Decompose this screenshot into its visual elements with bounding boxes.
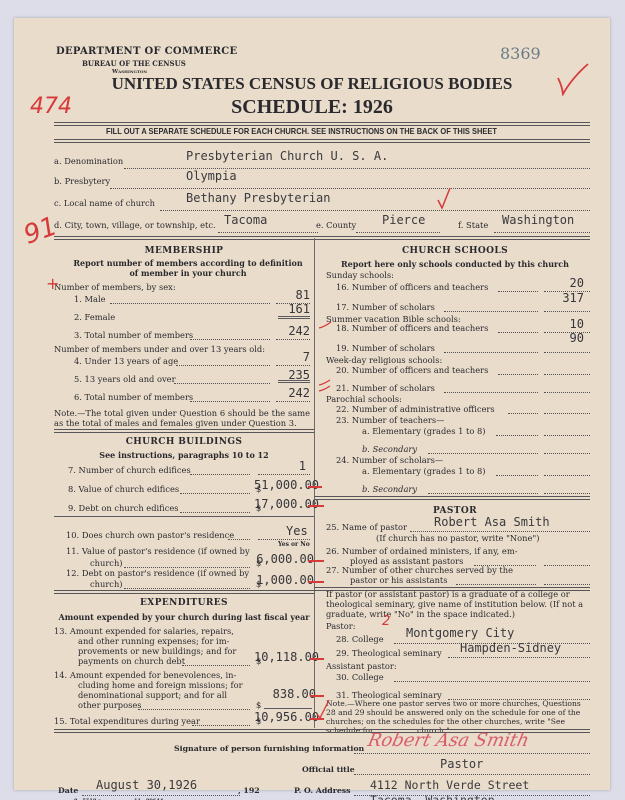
red-tick-icon	[318, 320, 332, 330]
members-by-sex-label: Number of members, by sex:	[54, 282, 176, 292]
owns-residence-label: 10. Does church own pastor's residence	[66, 530, 234, 540]
county-label: e. County	[316, 220, 356, 230]
residence-debt-label: 12. Debt on pastor's residence (if owned…	[66, 568, 249, 578]
date-field[interactable]: August 30,1926	[96, 778, 197, 792]
female-label: 2. Female	[74, 312, 115, 322]
benevolences-label-1: 14. Amount expended for benevolences, in…	[54, 670, 236, 680]
address-label: P. O. Address	[294, 786, 351, 795]
salaries-label-1: 13. Amount expended for salaries, repair…	[54, 626, 234, 636]
expenditures-heading: EXPENDITURES	[54, 598, 314, 608]
handwritten-pastor-mark: 2	[382, 614, 390, 629]
q21-label: 21. Number of scholars	[336, 383, 435, 393]
under-13-label: 4. Under 13 years of age	[74, 356, 178, 366]
benevolences-label-2: cluding home and foreign missions; for	[78, 680, 243, 690]
currency-sign: $	[256, 700, 261, 710]
q18-value[interactable]: 10	[534, 317, 584, 331]
male-count[interactable]: 81	[254, 288, 310, 302]
total-members-count[interactable]: 242	[254, 324, 310, 338]
membership-subtitle: Report number of members according to de…	[70, 258, 306, 278]
address-line-2[interactable]: Tacoma, Washington	[370, 793, 495, 800]
q18-label: 18. Number of officers and teachers	[336, 323, 488, 333]
q17-value[interactable]: 317	[534, 291, 584, 305]
salaries-amount[interactable]: 10,118.00	[254, 650, 316, 664]
weekday-schools-label: Week-day religious schools:	[326, 355, 442, 365]
q16-value[interactable]: 20	[534, 276, 584, 290]
under-13-count[interactable]: 7	[254, 350, 310, 364]
benevolences-label-3: denominational support; and for all	[78, 690, 227, 700]
total-members-age-count[interactable]: 242	[254, 386, 310, 400]
seminary-field[interactable]: Hampden-Sidney	[460, 641, 561, 655]
expenditures-subtitle: Amount expended by your church during la…	[54, 612, 314, 622]
membership-note: Note.—The total given under Question 6 s…	[54, 408, 310, 428]
official-title-label: Official title	[302, 765, 355, 774]
residence-debt[interactable]: 1,000.00	[254, 573, 314, 587]
yes-no-hint: Yes or No	[278, 541, 310, 548]
total-members-label: 3. Total number of members	[74, 330, 193, 340]
pastor-name-field[interactable]: Robert Asa Smith	[434, 515, 550, 529]
q23a-label: a. Elementary (grades 1 to 8)	[362, 426, 486, 436]
presbytery-field[interactable]: Olympia	[186, 169, 237, 183]
q24b-label: b. Secondary	[362, 484, 417, 494]
date-suffix: , 192	[238, 786, 260, 795]
q16-label: 16. Number of officers and teachers	[336, 282, 488, 292]
form-subtitle: SCHEDULE: 1926	[14, 96, 610, 119]
red-tick-icon	[318, 379, 332, 393]
department-label: DEPARTMENT OF COMMERCE	[56, 46, 237, 57]
county-field[interactable]: Pierce	[382, 213, 425, 227]
q19-label: 19. Number of scholars	[336, 343, 435, 353]
q27-label-2: pastor or his assistants	[350, 575, 448, 585]
assistant-pastor-label: Assistant pastor:	[326, 661, 397, 671]
address-line-1[interactable]: 4112 North Verde Street	[370, 778, 529, 792]
edifices-debt[interactable]: 17,000.00	[254, 497, 314, 511]
presbytery-label: b. Presbytery	[54, 176, 110, 186]
edifices-value[interactable]: 51,000.00	[254, 478, 314, 492]
edifices-debt-label: 9. Debt on church edifices	[68, 503, 179, 513]
local-name-field[interactable]: Bethany Presbyterian	[186, 191, 331, 205]
signature-label: Signature of person furnishing informati…	[174, 744, 364, 753]
edifices-count-label: 7. Number of church edifices	[68, 465, 191, 475]
male-label: 1. Male	[74, 294, 106, 304]
residence-value-label-2: church)	[90, 558, 123, 568]
salaries-label-2: and other running expenses; for im-	[78, 636, 229, 646]
handwritten-margin-mark: 91	[20, 211, 61, 251]
signature-field[interactable]: Robert Asa Smith	[366, 730, 531, 751]
q27-label-1: 27. Number of other churches served by t…	[326, 565, 513, 575]
q24-label: 24. Number of scholars—	[336, 455, 443, 465]
q24a-label: a. Elementary (grades 1 to 8)	[362, 466, 486, 476]
serial-number: 8369	[500, 44, 541, 63]
form-title: UNITED STATES CENSUS OF RELIGIOUS BODIES	[14, 74, 610, 94]
city-label: d. City, town, village, or township, etc…	[54, 220, 216, 230]
residence-value-label: 11. Value of pastor's residence (if owne…	[66, 546, 250, 556]
pastor-name-hint: (If church has no pastor, write "None")	[376, 533, 539, 543]
membership-heading: MEMBERSHIP	[54, 246, 314, 256]
schools-subtitle: Report here only schools conducted by th…	[320, 259, 590, 269]
official-title-field[interactable]: Pastor	[440, 757, 483, 771]
state-field[interactable]: Washington	[502, 213, 574, 227]
benevolences-amount[interactable]: 838.00	[254, 687, 316, 701]
instruction-banner: FILL OUT A SEPARATE SCHEDULE FOR EACH CH…	[106, 126, 497, 136]
members-by-age-label: Number of members under and over 13 year…	[54, 344, 265, 354]
over-13-label: 5. 13 years old and over	[74, 374, 176, 384]
salaries-label-3: provements or new buildings; and for	[78, 646, 236, 656]
college-field[interactable]: Montgomery City	[406, 626, 514, 640]
q23b-label: b. Secondary	[362, 444, 417, 454]
q17-label: 17. Number of scholars	[336, 302, 435, 312]
owns-residence-value[interactable]: Yes	[286, 524, 308, 538]
benevolences-label-4: other purposes	[78, 700, 142, 710]
pastor-name-label: 25. Name of pastor	[326, 522, 407, 532]
college-label: 28. College	[336, 634, 384, 644]
pastor-sublabel: Pastor:	[326, 621, 356, 631]
asst-college-label: 30. College	[336, 672, 384, 682]
date-label: Date	[58, 786, 78, 795]
red-checkmark-icon	[436, 186, 452, 210]
female-count[interactable]: 161	[254, 302, 310, 316]
graduate-note: If pastor (or assistant pastor) is a gra…	[326, 589, 590, 619]
total-members-age-label: 6. Total number of members	[74, 392, 193, 402]
schools-heading: CHURCH SCHOOLS	[320, 246, 590, 256]
parochial-schools-label: Parochial schools:	[326, 394, 402, 404]
state-label: f. State	[458, 220, 488, 230]
census-schedule-page: DEPARTMENT OF COMMERCE BUREAU OF THE CEN…	[14, 18, 610, 790]
red-checkmark-icon	[316, 698, 330, 720]
q22-label: 22. Number of administrative officers	[336, 404, 495, 414]
residence-value[interactable]: 6,000.00	[254, 552, 314, 566]
q19-value[interactable]: 90	[534, 331, 584, 345]
edifices-value-label: 8. Value of church edifices	[68, 484, 179, 494]
denomination-field[interactable]: Presbyterian Church U. S. A.	[186, 149, 388, 163]
sunday-schools-label: Sunday schools:	[326, 270, 394, 280]
denomination-label: a. Denomination	[54, 156, 123, 166]
handwritten-code: 474	[30, 94, 72, 119]
bureau-label: BUREAU OF THE CENSUS	[82, 59, 186, 68]
local-name-label: c. Local name of church	[54, 198, 155, 208]
q20-label: 20. Number of officers and teachers	[336, 365, 488, 375]
red-cross-mark: +	[46, 274, 59, 293]
edifices-count[interactable]: 1	[254, 459, 306, 473]
city-field[interactable]: Tacoma	[224, 213, 267, 227]
seminary-label: 29. Theological seminary	[336, 648, 442, 658]
salaries-label-4: payments on church debt	[78, 656, 185, 666]
total-expenditures-amount[interactable]: 10,956.00	[254, 710, 316, 724]
residence-debt-label-2: church)	[90, 579, 123, 589]
q23-label: 23. Number of teachers—	[336, 415, 444, 425]
q26-label-1: 26. Number of ordained ministers, if any…	[326, 546, 518, 556]
total-expenditures-label: 15. Total expenditures during year	[54, 716, 200, 726]
buildings-heading: CHURCH BUILDINGS	[54, 437, 314, 447]
